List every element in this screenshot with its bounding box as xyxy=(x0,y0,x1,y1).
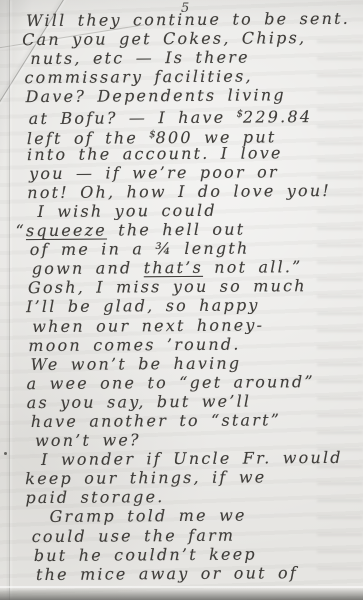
letter-line: have another to “start” xyxy=(1,410,363,432)
letter-line: “squeeze the hell out xyxy=(0,219,363,241)
letter-line: a wee one to “get around” xyxy=(1,372,363,394)
letter-line: won’t we? xyxy=(1,429,363,451)
letter-line: you — if we’re poor or xyxy=(0,161,362,183)
letter-line: We won’t be having xyxy=(0,352,363,374)
letter-body: Will they continue to be sent.Can you ge… xyxy=(0,9,363,584)
letter-line: at Bofu? — I have $229.84 xyxy=(0,104,362,126)
letter-line: I’ll be glad, so happy xyxy=(0,295,363,317)
scanned-letter: 5 Will they continue to be sent.Can you … xyxy=(0,0,363,600)
letter-line: keep our things, if we xyxy=(1,467,363,489)
letter-line: Dave? Dependents living xyxy=(0,85,362,107)
letter-line: gown and that’s not all.” xyxy=(0,257,363,279)
pencil-dot xyxy=(4,452,7,455)
letter-line: Gosh, I miss you so much xyxy=(0,276,363,298)
letter-line: Can you get Cokes, Chips, xyxy=(0,28,361,50)
letter-line: paid storage. xyxy=(1,486,363,508)
letter-line: not! Oh, how I do love you! xyxy=(0,181,362,203)
letter-line: as you say, but we’ll xyxy=(1,391,363,413)
letter-line: commissary facilities, xyxy=(0,66,362,88)
letter-line: of me in a ¾ length xyxy=(0,238,363,260)
paper-bottom-edge xyxy=(0,588,363,600)
letter-line: nuts, etc — Is there xyxy=(0,47,361,69)
letter-line: Will they continue to be sent. xyxy=(0,9,361,31)
letter-line: into the account. I love xyxy=(0,142,362,164)
letter-line: the mice away or out of xyxy=(2,562,363,584)
letter-line: moon comes ’round. xyxy=(0,333,363,355)
letter-line: could use the farm xyxy=(2,524,363,546)
letter-line: I wish you could xyxy=(0,200,362,222)
letter-line: Gramp told me we xyxy=(1,505,363,527)
letter-line: I wonder if Uncle Fr. would xyxy=(1,448,363,470)
letter-line: when our next honey- xyxy=(0,314,363,336)
letter-line: but he couldn’t keep xyxy=(2,543,363,565)
letter-page: 5 Will they continue to be sent.Can you … xyxy=(0,0,363,600)
